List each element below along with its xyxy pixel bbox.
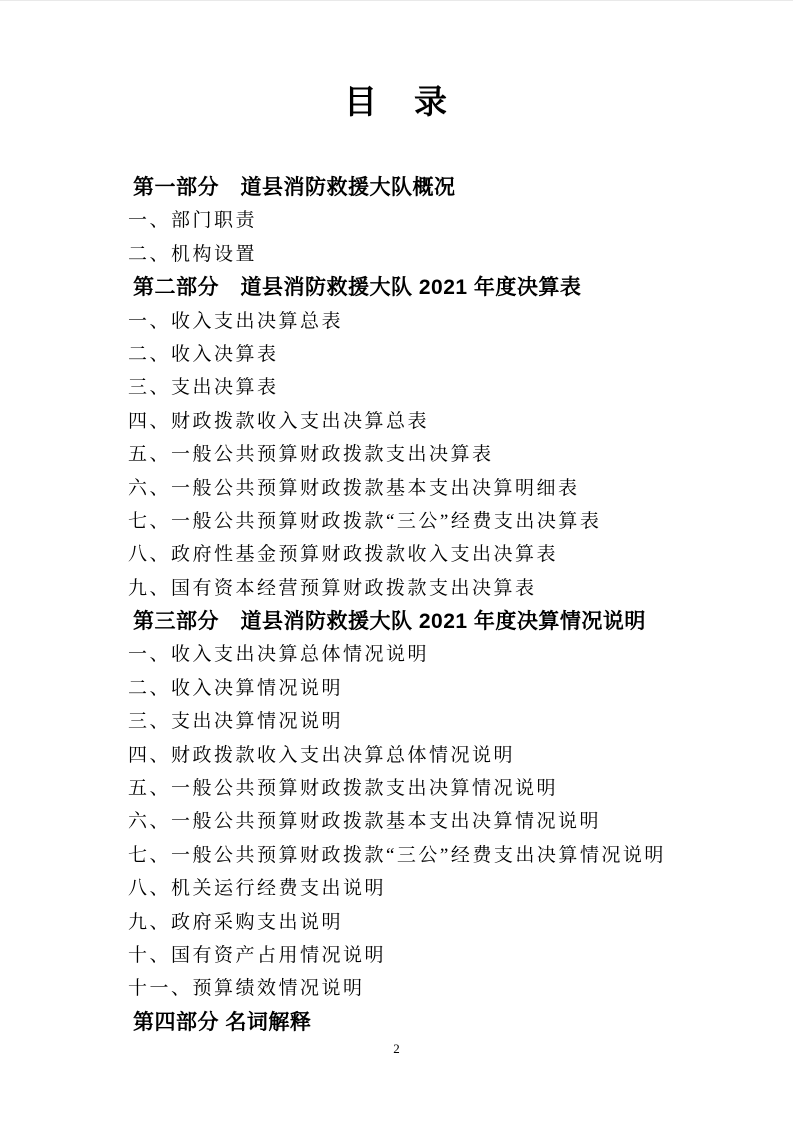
toc-item: 二、收入决算情况说明 xyxy=(128,672,733,705)
page-edge-divider xyxy=(0,0,793,1)
toc-item: 六、一般公共预算财政拨款基本支出决算明细表 xyxy=(128,472,733,505)
toc-item: 五、一般公共预算财政拨款支出决算情况说明 xyxy=(128,772,733,805)
toc-item: 七、一般公共预算财政拨款“三公”经费支出决算表 xyxy=(128,505,733,538)
toc-part3-heading: 第三部分 道县消防救援大队 2021 年度决算情况说明 xyxy=(128,605,733,638)
toc-item: 二、收入决算表 xyxy=(128,338,733,371)
toc-item: 十、国有资产占用情况说明 xyxy=(128,939,733,972)
toc-item: 一、部门职责 xyxy=(128,204,733,237)
toc-item: 九、国有资本经营预算财政拨款支出决算表 xyxy=(128,572,733,605)
toc-item: 四、财政拨款收入支出决算总表 xyxy=(128,405,733,438)
toc-item: 六、一般公共预算财政拨款基本支出决算情况说明 xyxy=(128,805,733,838)
toc-item: 一、收入支出决算总表 xyxy=(128,305,733,338)
toc-item: 二、机构设置 xyxy=(128,238,733,271)
toc-item: 一、收入支出决算总体情况说明 xyxy=(128,638,733,671)
toc-item: 三、支出决算情况说明 xyxy=(128,705,733,738)
toc-item: 八、政府性基金预算财政拨款收入支出决算表 xyxy=(128,538,733,571)
toc-part1-heading: 第一部分 道县消防救援大队概况 xyxy=(128,171,733,204)
toc-item: 五、一般公共预算财政拨款支出决算表 xyxy=(128,438,733,471)
toc-item: 九、政府采购支出说明 xyxy=(128,906,733,939)
toc-item: 十一、预算绩效情况说明 xyxy=(128,972,733,1005)
toc-item: 三、支出决算表 xyxy=(128,371,733,404)
document-page: 目 录 第一部分 道县消防救援大队概况 一、部门职责 二、机构设置 第二部分 道… xyxy=(0,0,793,1122)
toc-item: 八、机关运行经费支出说明 xyxy=(128,872,733,905)
table-of-contents: 第一部分 道县消防救援大队概况 一、部门职责 二、机构设置 第二部分 道县消防救… xyxy=(128,171,733,1039)
page-number: 2 xyxy=(0,1040,793,1058)
toc-item: 四、财政拨款收入支出决算总体情况说明 xyxy=(128,739,733,772)
page-title: 目 录 xyxy=(0,82,793,122)
toc-item: 七、一般公共预算财政拨款“三公”经费支出决算情况说明 xyxy=(128,839,733,872)
toc-part4-heading: 第四部分 名词解释 xyxy=(128,1006,733,1039)
toc-part2-heading: 第二部分 道县消防救援大队 2021 年度决算表 xyxy=(128,271,733,304)
